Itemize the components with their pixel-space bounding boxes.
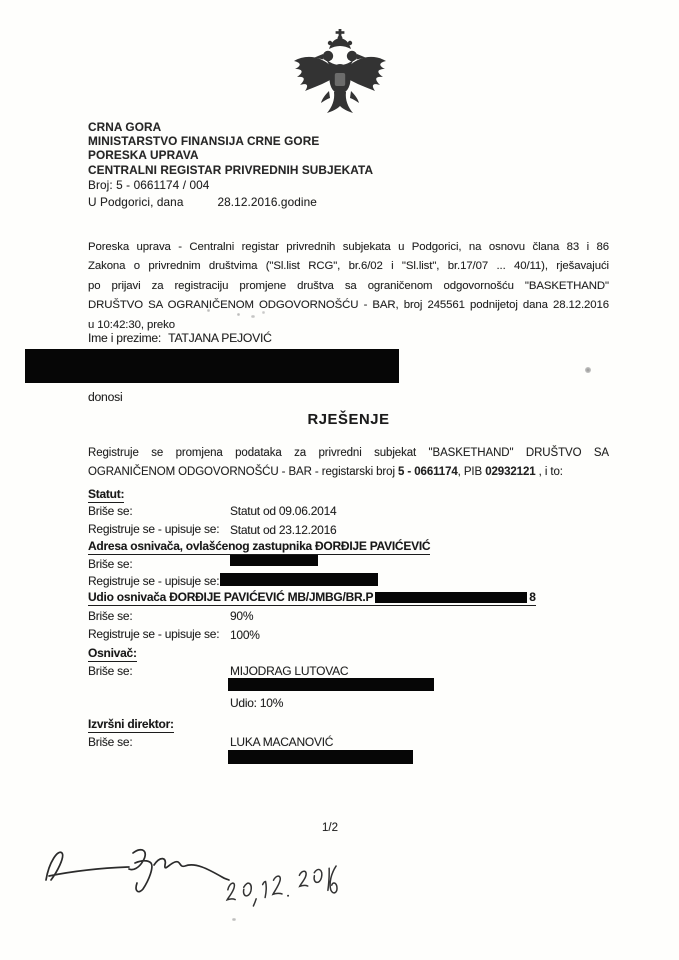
donosi-word: donosi bbox=[88, 390, 122, 404]
intro-line: po prijavi za registraciju promjene druš… bbox=[88, 277, 609, 296]
letterhead: CRNA GORA MINISTARSTVO FINANSIJA CRNE GO… bbox=[88, 120, 373, 209]
decision-line: Registruje se promjena podataka za privr… bbox=[88, 444, 609, 463]
udio-heading-text: Udio osnivača ĐORĐIJE PAVIĆEVIĆ MB/JMBG/… bbox=[88, 590, 373, 604]
decision-text: , i to: bbox=[536, 466, 563, 478]
redaction-bar-osnivac bbox=[228, 678, 434, 691]
statut-old-value: Statut od 09.06.2014 bbox=[230, 504, 336, 518]
decision-text: OGRANIČENOM ODGOVORNOŠĆU - BAR - regista… bbox=[88, 466, 398, 478]
document-page: CRNA GORA MINISTARSTVO FINANSIJA CRNE GO… bbox=[0, 0, 679, 960]
intro-paragraph: Poreska uprava - Centralni registar priv… bbox=[88, 238, 609, 335]
org-line-taxadmin: PORESKA UPRAVA bbox=[88, 148, 373, 162]
scan-artifact bbox=[207, 309, 210, 312]
redaction-bar-udio-id bbox=[375, 592, 527, 603]
scan-artifact bbox=[232, 918, 236, 921]
submitter-label: Ime i prezime: bbox=[88, 331, 161, 345]
registruje-label: Registruje se - upisuje se: bbox=[88, 522, 219, 536]
registry-number: 5 - 0661174 bbox=[398, 466, 458, 478]
section-adresa-heading: Adresa osnivača, ovlašćenog zastupnika Đ… bbox=[88, 539, 430, 553]
brise-label: Briše se: bbox=[88, 609, 132, 623]
scan-artifact bbox=[585, 367, 591, 373]
montenegro-coat-of-arms-icon bbox=[288, 29, 392, 117]
place-label: U Podgorici, dana bbox=[88, 195, 183, 209]
statut-new-value: Statut od 23.12.2016 bbox=[230, 523, 336, 537]
osnivac-old-share: Udio: 10% bbox=[230, 696, 283, 710]
scan-artifact bbox=[237, 313, 240, 316]
section-osnivac-heading: Osnivač: bbox=[88, 646, 137, 660]
redaction-bar-adresa-old bbox=[230, 555, 318, 566]
brise-label: Briše se: bbox=[88, 557, 132, 571]
udio-heading-suffix: 8 bbox=[529, 590, 535, 604]
direktor-old-name: LUKA MACANOVIĆ bbox=[230, 735, 333, 749]
decision-text: , PIB bbox=[458, 466, 486, 478]
decision-line: OGRANIČENOM ODGOVORNOŠĆU - BAR - regista… bbox=[88, 463, 609, 482]
redaction-bar-direktor bbox=[228, 750, 413, 764]
section-statut-heading: Statut: bbox=[88, 487, 124, 501]
submitter-name: TATJANA PEJOVIĆ bbox=[168, 331, 271, 345]
brise-label: Briše se: bbox=[88, 504, 132, 518]
intro-line: Zakona o privrednim društvima ("Sl.list … bbox=[88, 257, 609, 276]
document-title: RJEŠENJE bbox=[88, 412, 609, 428]
pib-number: 02932121 bbox=[485, 466, 535, 478]
org-line-country: CRNA GORA bbox=[88, 120, 373, 134]
signature-icon bbox=[36, 834, 236, 896]
intro-line: DRUŠTVO SA OGRANIČENOM ODGOVORNOŠĆU - BA… bbox=[88, 296, 609, 315]
handwritten-date-icon bbox=[219, 864, 341, 924]
place-date-line: U Podgorici, dana28.12.2016.godine bbox=[88, 195, 373, 209]
document-number: Broj: 5 - 0661174 / 004 bbox=[88, 178, 373, 192]
org-line-registry: CENTRALNI REGISTAR PRIVREDNIH SUBJEKATA bbox=[88, 163, 373, 177]
submitter-line: Ime i prezime: TATJANA PEJOVIĆ bbox=[88, 331, 272, 345]
registruje-label: Registruje se - upisuje se: bbox=[88, 627, 219, 641]
registruje-label: Registruje se - upisuje se: bbox=[88, 574, 219, 588]
scan-artifact bbox=[251, 315, 255, 318]
document-date: 28.12.2016.godine bbox=[217, 195, 316, 209]
udio-new-value: 100% bbox=[230, 628, 260, 642]
section-udio-heading: Udio osnivača ĐORĐIJE PAVIĆEVIĆ MB/JMBG/… bbox=[88, 590, 536, 606]
udio-old-value: 90% bbox=[230, 609, 253, 623]
section-direktor-heading: Izvršni direktor: bbox=[88, 717, 174, 731]
brise-label: Briše se: bbox=[88, 664, 132, 678]
redaction-bar-adresa-new bbox=[220, 573, 378, 586]
redaction-bar-submitter bbox=[25, 349, 399, 383]
brise-label: Briše se: bbox=[88, 735, 132, 749]
osnivac-old-name: MIJODRAG LUTOVAC bbox=[230, 664, 348, 678]
decision-paragraph: Registruje se promjena podataka za privr… bbox=[88, 444, 609, 483]
org-line-ministry: MINISTARSTVO FINANSIJA CRNE GORE bbox=[88, 134, 373, 148]
scan-artifact bbox=[262, 311, 265, 314]
intro-line: Poreska uprava - Centralni registar priv… bbox=[88, 238, 609, 257]
page-number: 1/2 bbox=[322, 822, 338, 834]
